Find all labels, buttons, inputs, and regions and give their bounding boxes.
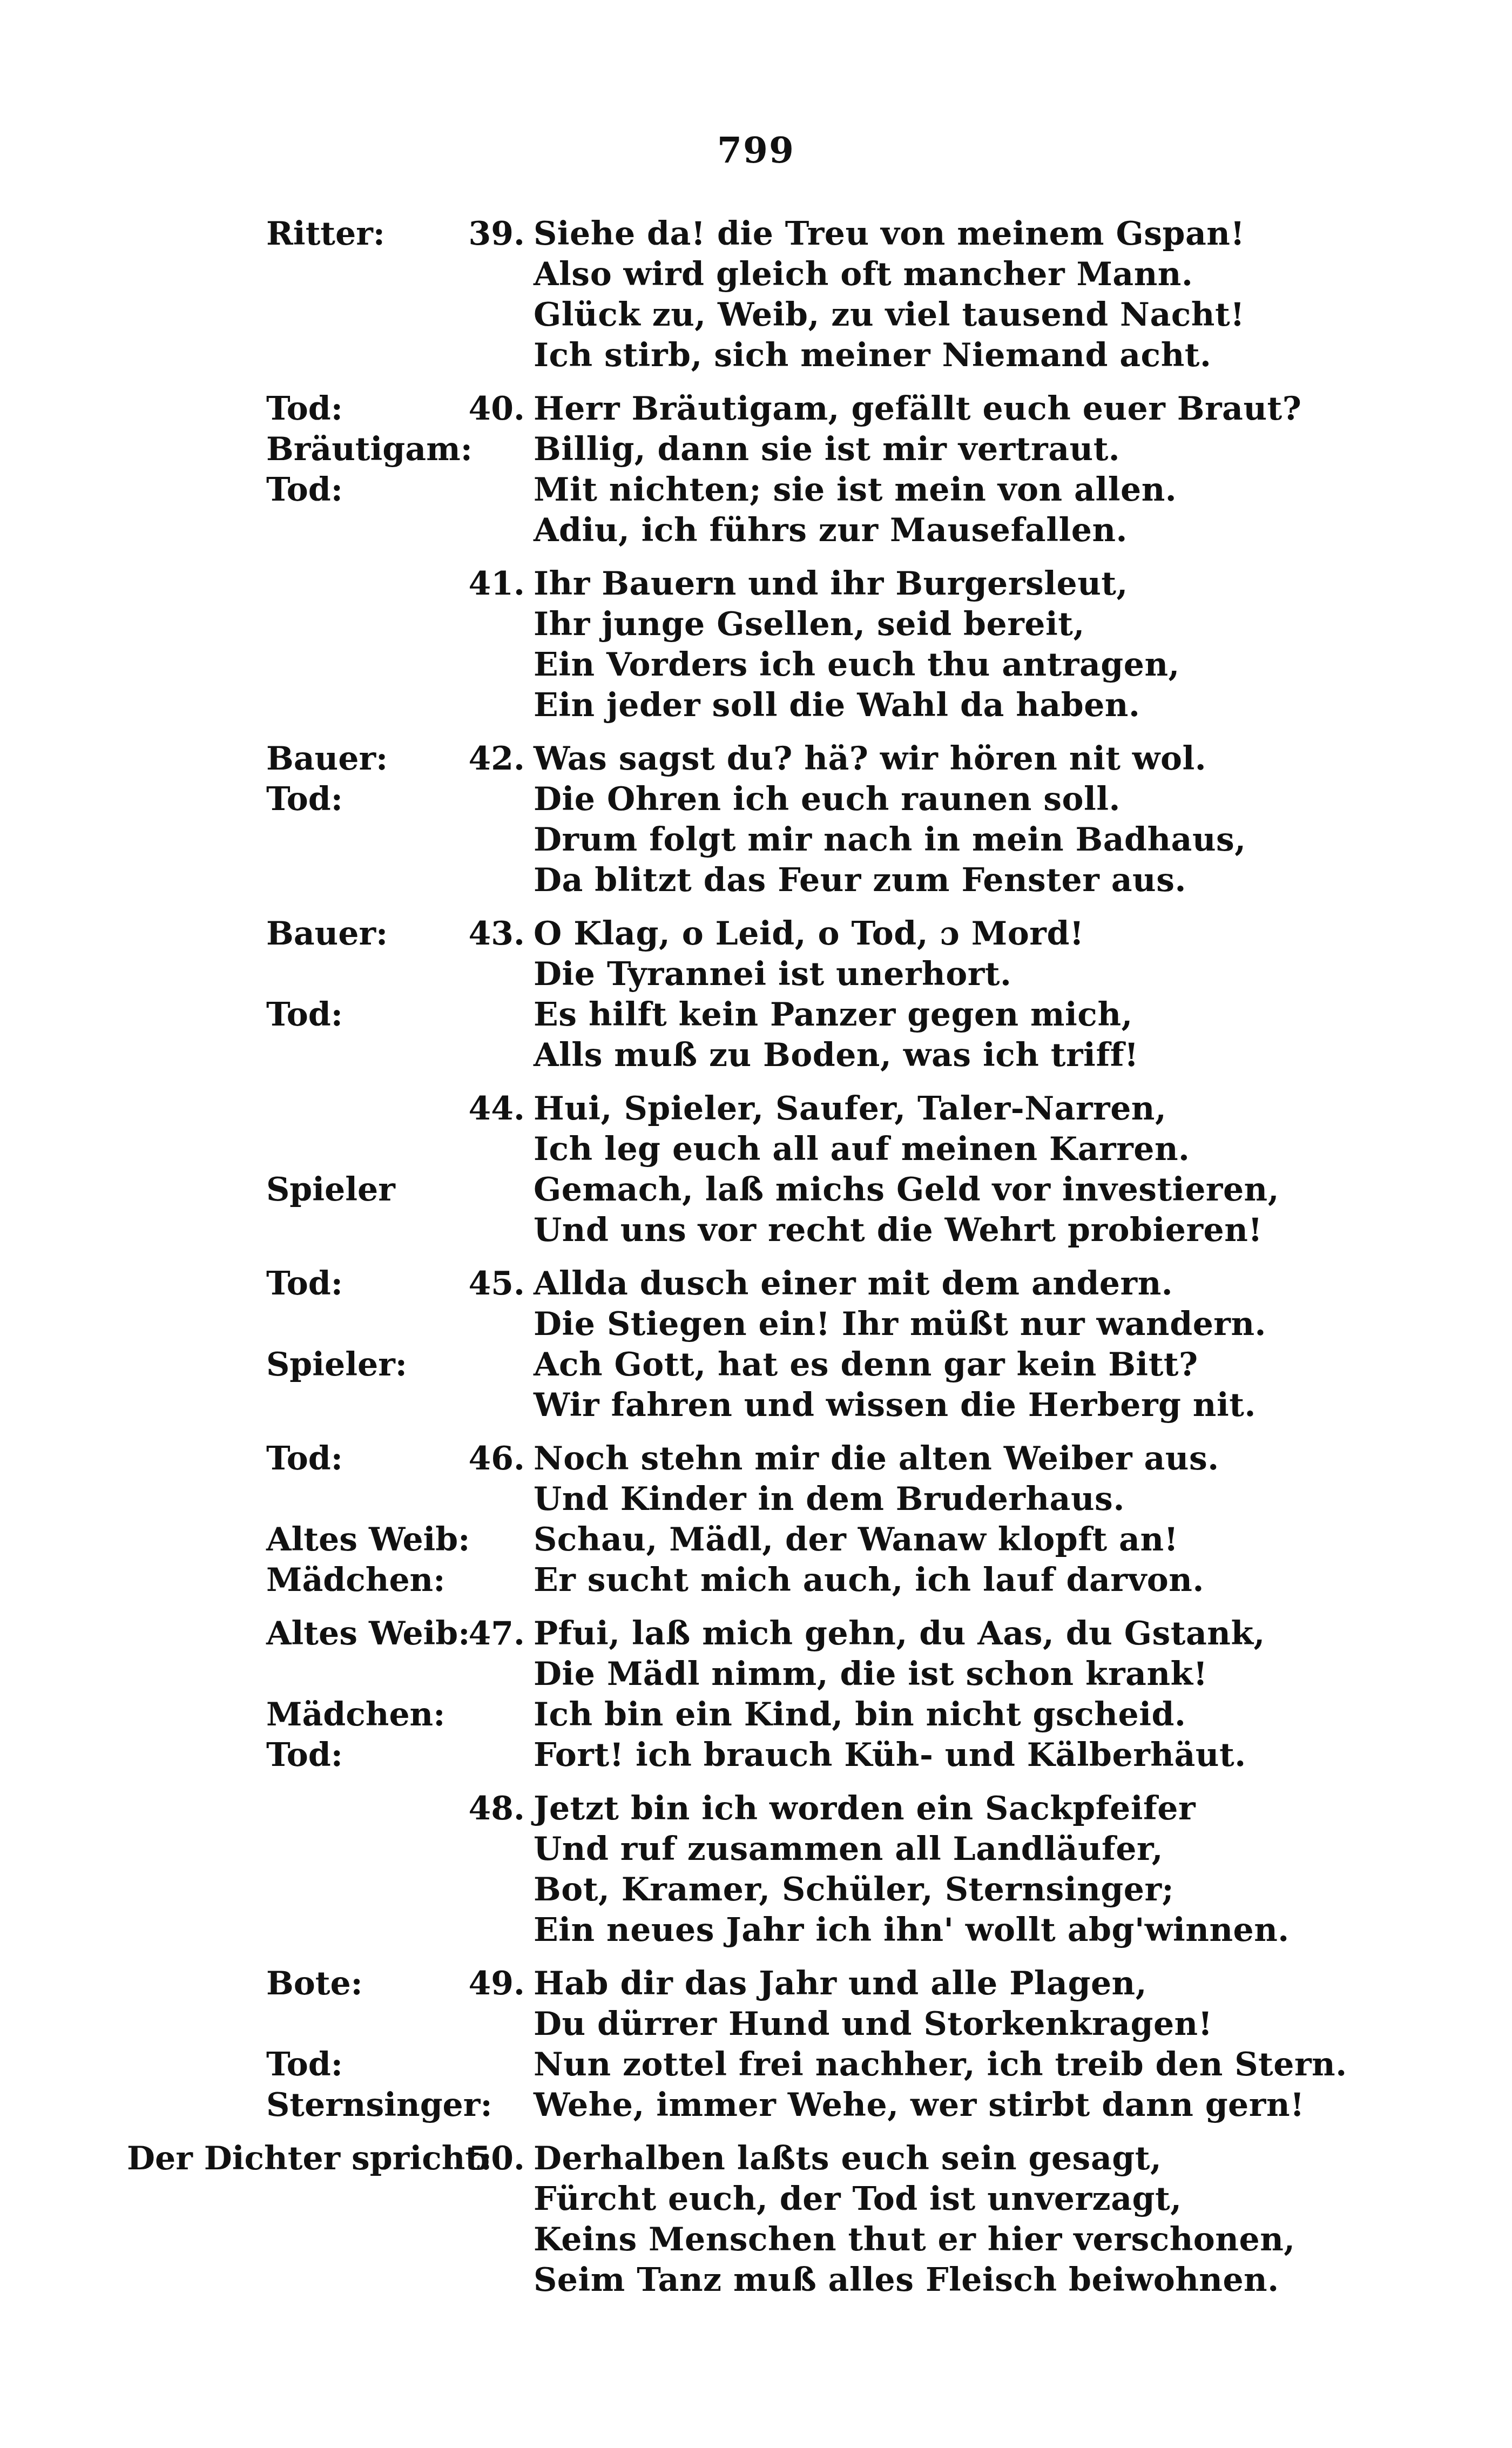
speaker-label: Bote: (266, 1964, 363, 2004)
stanza-48: 48. Jetzt bin ich worden ein Sackpfeifer… (0, 1789, 1512, 1951)
stanza-number: 43. (464, 914, 525, 954)
verse-line: Und uns vor recht die Wehrt probieren! (0, 1210, 1512, 1251)
verse-text: Ich leg euch all auf meinen Karren. (534, 1129, 1190, 1170)
verse-line: Tod: Die Ohren ich euch raunen soll. (0, 779, 1512, 820)
stanza-39: Ritter: 39. Siehe da! die Treu von meine… (0, 214, 1512, 376)
stanza-41: 41. Ihr Bauern und ihr Burgersleut, Ihr … (0, 564, 1512, 726)
stanza-44: 44. Hui, Spieler, Saufer, Taler-Narren, … (0, 1089, 1512, 1251)
verse-line: Da blitzt das Feur zum Fenster aus. (0, 860, 1512, 901)
verse-text: Wir fahren und wissen die Herberg nit. (534, 1385, 1256, 1426)
page-number: 799 (0, 129, 1512, 172)
verse-text: Die Ohren ich euch raunen soll. (534, 779, 1120, 820)
verse-text: Bot, Kramer, Schüler, Sternsinger; (534, 1870, 1174, 1910)
verse-line: 41. Ihr Bauern und ihr Burgersleut, (0, 564, 1512, 604)
verse-line: Tod: Fort! ich brauch Küh- und Kälberhäu… (0, 1735, 1512, 1776)
verse-text: Siehe da! die Treu von meinem Gspan! (534, 214, 1245, 254)
verse-text: Ein jeder soll die Wahl da haben. (534, 685, 1140, 726)
verse-text: Noch stehn mir die alten Weiber aus. (534, 1439, 1219, 1479)
verse-line: Bräutigam: Billig, dann sie ist mir vert… (0, 429, 1512, 470)
verse-text: Und Kinder in dem Bruderhaus. (534, 1479, 1125, 1520)
verse-line: Ich stirb, sich meiner Niemand acht. (0, 335, 1512, 376)
verse-text: Hab dir das Jahr und alle Plagen, (534, 1964, 1147, 2004)
verse-line: Alls muß zu Boden, was ich triff! (0, 1035, 1512, 1076)
verse-text: Ich stirb, sich meiner Niemand acht. (534, 335, 1211, 376)
verse-line: Sternsinger: Wehe, immer Wehe, wer stirb… (0, 2085, 1512, 2126)
verse-line: Glück zu, Weib, zu viel tausend Nacht! (0, 295, 1512, 335)
verse-line: Mädchen: Ich bin ein Kind, bin nicht gsc… (0, 1695, 1512, 1735)
stanza-number: 45. (464, 1264, 525, 1304)
verse-text: Also wird gleich oft mancher Mann. (534, 254, 1193, 295)
speaker-label: Mädchen: (266, 1560, 445, 1601)
stanza-number: 49. (464, 1964, 525, 2004)
verse-line: Also wird gleich oft mancher Mann. (0, 254, 1512, 295)
stanza-number: 42. (464, 739, 525, 779)
verse-line: 48. Jetzt bin ich worden ein Sackpfeifer (0, 1789, 1512, 1829)
verse-text: Und uns vor recht die Wehrt probieren! (534, 1210, 1263, 1251)
verse-line: Die Tyrannei ist unerhort. (0, 954, 1512, 995)
verse-line: Spieler: Ach Gott, hat es denn gar kein … (0, 1345, 1512, 1385)
verse-line: Ihr junge Gsellen, seid bereit, (0, 604, 1512, 645)
speaker-label: Tod: (266, 1264, 343, 1304)
stanza-number: 48. (464, 1789, 525, 1829)
verse-text: Derhalben laßts euch sein gesagt, (534, 2139, 1162, 2179)
speaker-label: Tod: (266, 470, 343, 510)
verse-line: Mädchen: Er sucht mich auch, ich lauf da… (0, 1560, 1512, 1601)
speaker-label: Sternsinger: (266, 2085, 492, 2126)
speaker-label: Bauer: (266, 914, 388, 954)
verse-text: Er sucht mich auch, ich lauf darvon. (534, 1560, 1204, 1601)
verse-line: Die Stiegen ein! Ihr müßt nur wandern. (0, 1304, 1512, 1345)
verse-line: Tod: Es hilft kein Panzer gegen mich, (0, 995, 1512, 1035)
speaker-label: Tod: (266, 1439, 343, 1479)
verse-line: Altes Weib: Schau, Mädl, der Wanaw klopf… (0, 1520, 1512, 1560)
verse-text: Mit nichten; sie ist mein von allen. (534, 470, 1177, 510)
stanza-number: 40. (464, 389, 525, 429)
verse-line: Tod: Mit nichten; sie ist mein von allen… (0, 470, 1512, 510)
verse-line: Die Mädl nimm, die ist schon krank! (0, 1654, 1512, 1695)
speaker-label: Bräutigam: (266, 429, 473, 470)
stanza-43: Bauer: 43. O Klag, o Leid, o Tod, ɔ Mord… (0, 914, 1512, 1076)
stanza-40: Tod: 40. Herr Bräutigam, gefällt euch eu… (0, 389, 1512, 551)
verse-line: Ein Vorders ich euch thu antragen, (0, 645, 1512, 685)
verse-text: Seim Tanz muß alles Fleisch beiwohnen. (534, 2260, 1279, 2301)
verse-text: Die Mädl nimm, die ist schon krank! (534, 1654, 1208, 1695)
stanza-number: 39. (464, 214, 525, 254)
stanza-number: 44. (464, 1089, 525, 1129)
verse-text: Ihr Bauern und ihr Burgersleut, (534, 564, 1128, 604)
verse-text: Billig, dann sie ist mir vertraut. (534, 429, 1120, 470)
speaker-label: Tod: (266, 2045, 343, 2085)
verse-line: Adiu, ich führs zur Mausefallen. (0, 510, 1512, 551)
verse-text: Allda dusch einer mit dem andern. (534, 1264, 1173, 1304)
speaker-label: Mädchen: (266, 1695, 445, 1735)
speaker-label: Bauer: (266, 739, 388, 779)
stanza-46: Tod: 46. Noch stehn mir die alten Weiber… (0, 1439, 1512, 1601)
verse-line: Fürcht euch, der Tod ist unverzagt, (0, 2179, 1512, 2220)
verse-text: Pfui, laß mich gehn, du Aas, du Gstank, (534, 1614, 1265, 1654)
verse-line: Bote: 49. Hab dir das Jahr und alle Plag… (0, 1964, 1512, 2004)
verse-text: Die Tyrannei ist unerhort. (534, 954, 1011, 995)
stanza-number: 46. (464, 1439, 525, 1479)
verse-text: Jetzt bin ich worden ein Sackpfeifer (534, 1789, 1196, 1829)
verse-text: O Klag, o Leid, o Tod, ɔ Mord! (534, 914, 1084, 954)
speaker-label: Ritter: (266, 214, 385, 254)
verse-line: Der Dichter spricht: 50. Derhalben laßts… (0, 2139, 1512, 2179)
verse-line: 44. Hui, Spieler, Saufer, Taler-Narren, (0, 1089, 1512, 1129)
verse-line: Tod: 46. Noch stehn mir die alten Weiber… (0, 1439, 1512, 1479)
stanza-50: Der Dichter spricht: 50. Derhalben laßts… (0, 2139, 1512, 2301)
verse-line: Tod: 45. Allda dusch einer mit dem ander… (0, 1264, 1512, 1304)
verse-text: Ich bin ein Kind, bin nicht gscheid. (534, 1695, 1186, 1735)
verse-text: Die Stiegen ein! Ihr müßt nur wandern. (534, 1304, 1266, 1345)
verse-text: Ein neues Jahr ich ihn' wollt abg'winnen… (534, 1910, 1290, 1951)
verse-text: Nun zottel frei nachher, ich treib den S… (534, 2045, 1347, 2085)
verse-text: Ein Vorders ich euch thu antragen, (534, 645, 1180, 685)
verse-line: Seim Tanz muß alles Fleisch beiwohnen. (0, 2260, 1512, 2301)
verse-line: Ritter: 39. Siehe da! die Treu von meine… (0, 214, 1512, 254)
verse-body: Ritter: 39. Siehe da! die Treu von meine… (0, 214, 1512, 2314)
verse-line: Keins Menschen thut er hier verschonen, (0, 2220, 1512, 2260)
verse-line: Bauer: 43. O Klag, o Leid, o Tod, ɔ Mord… (0, 914, 1512, 954)
stanza-number: 41. (464, 564, 525, 604)
verse-line: Tod: 40. Herr Bräutigam, gefällt euch eu… (0, 389, 1512, 429)
speaker-label: Altes Weib: (266, 1520, 470, 1560)
verse-line: Altes Weib: 47. Pfui, laß mich gehn, du … (0, 1614, 1512, 1654)
verse-text: Adiu, ich führs zur Mausefallen. (534, 510, 1128, 551)
stanza-45: Tod: 45. Allda dusch einer mit dem ander… (0, 1264, 1512, 1426)
verse-text: Alls muß zu Boden, was ich triff! (534, 1035, 1139, 1076)
stanza-number: 50. (464, 2139, 525, 2179)
stanza-49: Bote: 49. Hab dir das Jahr und alle Plag… (0, 1964, 1512, 2126)
stanza-42: Bauer: 42. Was sagst du? hä? wir hören n… (0, 739, 1512, 901)
verse-text: Du dürrer Hund und Storkenkragen! (534, 2004, 1213, 2045)
verse-text: Schau, Mädl, der Wanaw klopft an! (534, 1520, 1178, 1560)
speaker-label: Tod: (266, 995, 343, 1035)
verse-text: Hui, Spieler, Saufer, Taler-Narren, (534, 1089, 1166, 1129)
verse-line: Ein jeder soll die Wahl da haben. (0, 685, 1512, 726)
verse-line: Ein neues Jahr ich ihn' wollt abg'winnen… (0, 1910, 1512, 1951)
verse-line: Drum folgt mir nach in mein Badhaus, (0, 820, 1512, 860)
verse-line: Tod: Nun zottel frei nachher, ich treib … (0, 2045, 1512, 2085)
speaker-label: Spieler (266, 1170, 395, 1210)
verse-text: Da blitzt das Feur zum Fenster aus. (534, 860, 1186, 901)
verse-text: Und ruf zusammen all Landläufer, (534, 1829, 1163, 1870)
verse-text: Gemach, laß michs Geld vor investieren, (534, 1170, 1279, 1210)
verse-text: Keins Menschen thut er hier verschonen, (534, 2220, 1295, 2260)
speaker-label: Der Dichter spricht: (127, 2139, 492, 2179)
verse-text: Fort! ich brauch Küh- und Kälberhäut. (534, 1735, 1246, 1776)
speaker-label: Altes Weib: (266, 1614, 470, 1654)
speaker-label: Tod: (266, 389, 343, 429)
verse-line: Ich leg euch all auf meinen Karren. (0, 1129, 1512, 1170)
verse-text: Ach Gott, hat es denn gar kein Bitt? (534, 1345, 1198, 1385)
verse-line: Und Kinder in dem Bruderhaus. (0, 1479, 1512, 1520)
verse-text: Ihr junge Gsellen, seid bereit, (534, 604, 1085, 645)
verse-text: Drum folgt mir nach in mein Badhaus, (534, 820, 1246, 860)
verse-text: Fürcht euch, der Tod ist unverzagt, (534, 2179, 1182, 2220)
verse-line: Bot, Kramer, Schüler, Sternsinger; (0, 1870, 1512, 1910)
verse-line: Bauer: 42. Was sagst du? hä? wir hören n… (0, 739, 1512, 779)
stanza-47: Altes Weib: 47. Pfui, laß mich gehn, du … (0, 1614, 1512, 1776)
verse-text: Glück zu, Weib, zu viel tausend Nacht! (534, 295, 1245, 335)
verse-text: Herr Bräutigam, gefällt euch euer Braut? (534, 389, 1301, 429)
verse-line: Wir fahren und wissen die Herberg nit. (0, 1385, 1512, 1426)
speaker-label: Spieler: (266, 1345, 407, 1385)
stanza-number: 47. (464, 1614, 525, 1654)
speaker-label: Tod: (266, 1735, 343, 1776)
speaker-label: Tod: (266, 779, 343, 820)
verse-line: Du dürrer Hund und Storkenkragen! (0, 2004, 1512, 2045)
verse-text: Es hilft kein Panzer gegen mich, (534, 995, 1133, 1035)
verse-line: Und ruf zusammen all Landläufer, (0, 1829, 1512, 1870)
verse-line: Spieler Gemach, laß michs Geld vor inves… (0, 1170, 1512, 1210)
verse-text: Wehe, immer Wehe, wer stirbt dann gern! (534, 2085, 1305, 2126)
verse-text: Was sagst du? hä? wir hören nit wol. (534, 739, 1206, 779)
